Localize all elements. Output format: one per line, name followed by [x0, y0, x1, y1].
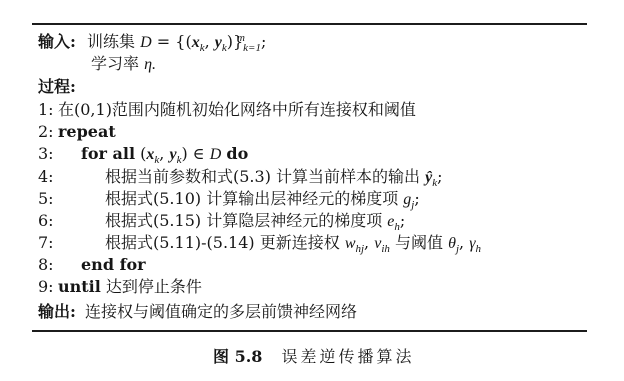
input-dataset-math: D: [140, 34, 152, 51]
step-text-2: 与阈值: [395, 233, 443, 252]
step-text: 根据式(5.10) 计算输出层神经元的梯度项: [105, 189, 398, 208]
output-line: 输出: 连接权与阈值确定的多层前馈神经网络: [38, 301, 357, 323]
keyword-end-for: end for: [81, 254, 146, 276]
keyword-for-all: for all: [81, 144, 135, 163]
input-label: 输入:: [38, 32, 76, 51]
figure-title: 误差逆传播算法: [282, 347, 415, 366]
step-text: 在(0,1)范围内随机初始化网络中所有连接权和阈值: [58, 99, 416, 121]
step-text: 根据当前参数和式(5.3) 计算当前样本的输出: [105, 167, 420, 186]
process-label-line: 过程:: [38, 76, 76, 98]
top-rule: [32, 23, 587, 25]
input-line-2: 学习率 η.: [91, 53, 156, 76]
step-number: 9:: [38, 276, 54, 298]
keyword-do: do: [226, 144, 248, 163]
step-number: 5:: [38, 188, 54, 210]
process-label: 过程:: [38, 77, 76, 96]
bottom-rule: [32, 330, 587, 332]
learning-rate-math: η.: [144, 56, 156, 73]
weights-math: w: [345, 235, 356, 252]
keyword-repeat: repeat: [58, 121, 116, 143]
input-learning-rate-label: 学习率: [91, 54, 139, 73]
step-number: 7:: [38, 232, 54, 254]
figure-label: 图 5.8: [213, 347, 262, 366]
figure-caption: 图 5.8 误差逆传播算法: [213, 344, 415, 367]
step-number: 8:: [38, 254, 54, 276]
output-text: 连接权与阈值确定的多层前馈神经网络: [85, 302, 357, 321]
thresholds-math: θ: [448, 235, 456, 252]
keyword-until: until: [58, 277, 101, 296]
step-number: 1:: [38, 99, 54, 121]
input-line-1: 输入: 训练集 D = {(xk, yk)}k=1m;: [38, 31, 266, 54]
step-text: 根据式(5.11)-(5.14) 更新连接权: [105, 233, 340, 252]
output-label: 输出:: [38, 302, 76, 321]
step-number: 3:: [38, 143, 54, 165]
step-number: 6:: [38, 210, 54, 232]
step-text: 达到停止条件: [106, 277, 202, 296]
step-text: 根据式(5.15) 计算隐层神经元的梯度项: [105, 211, 382, 230]
input-training-set-label: 训练集: [87, 32, 135, 51]
step-number: 4:: [38, 166, 54, 188]
step-number: 2:: [38, 121, 54, 143]
